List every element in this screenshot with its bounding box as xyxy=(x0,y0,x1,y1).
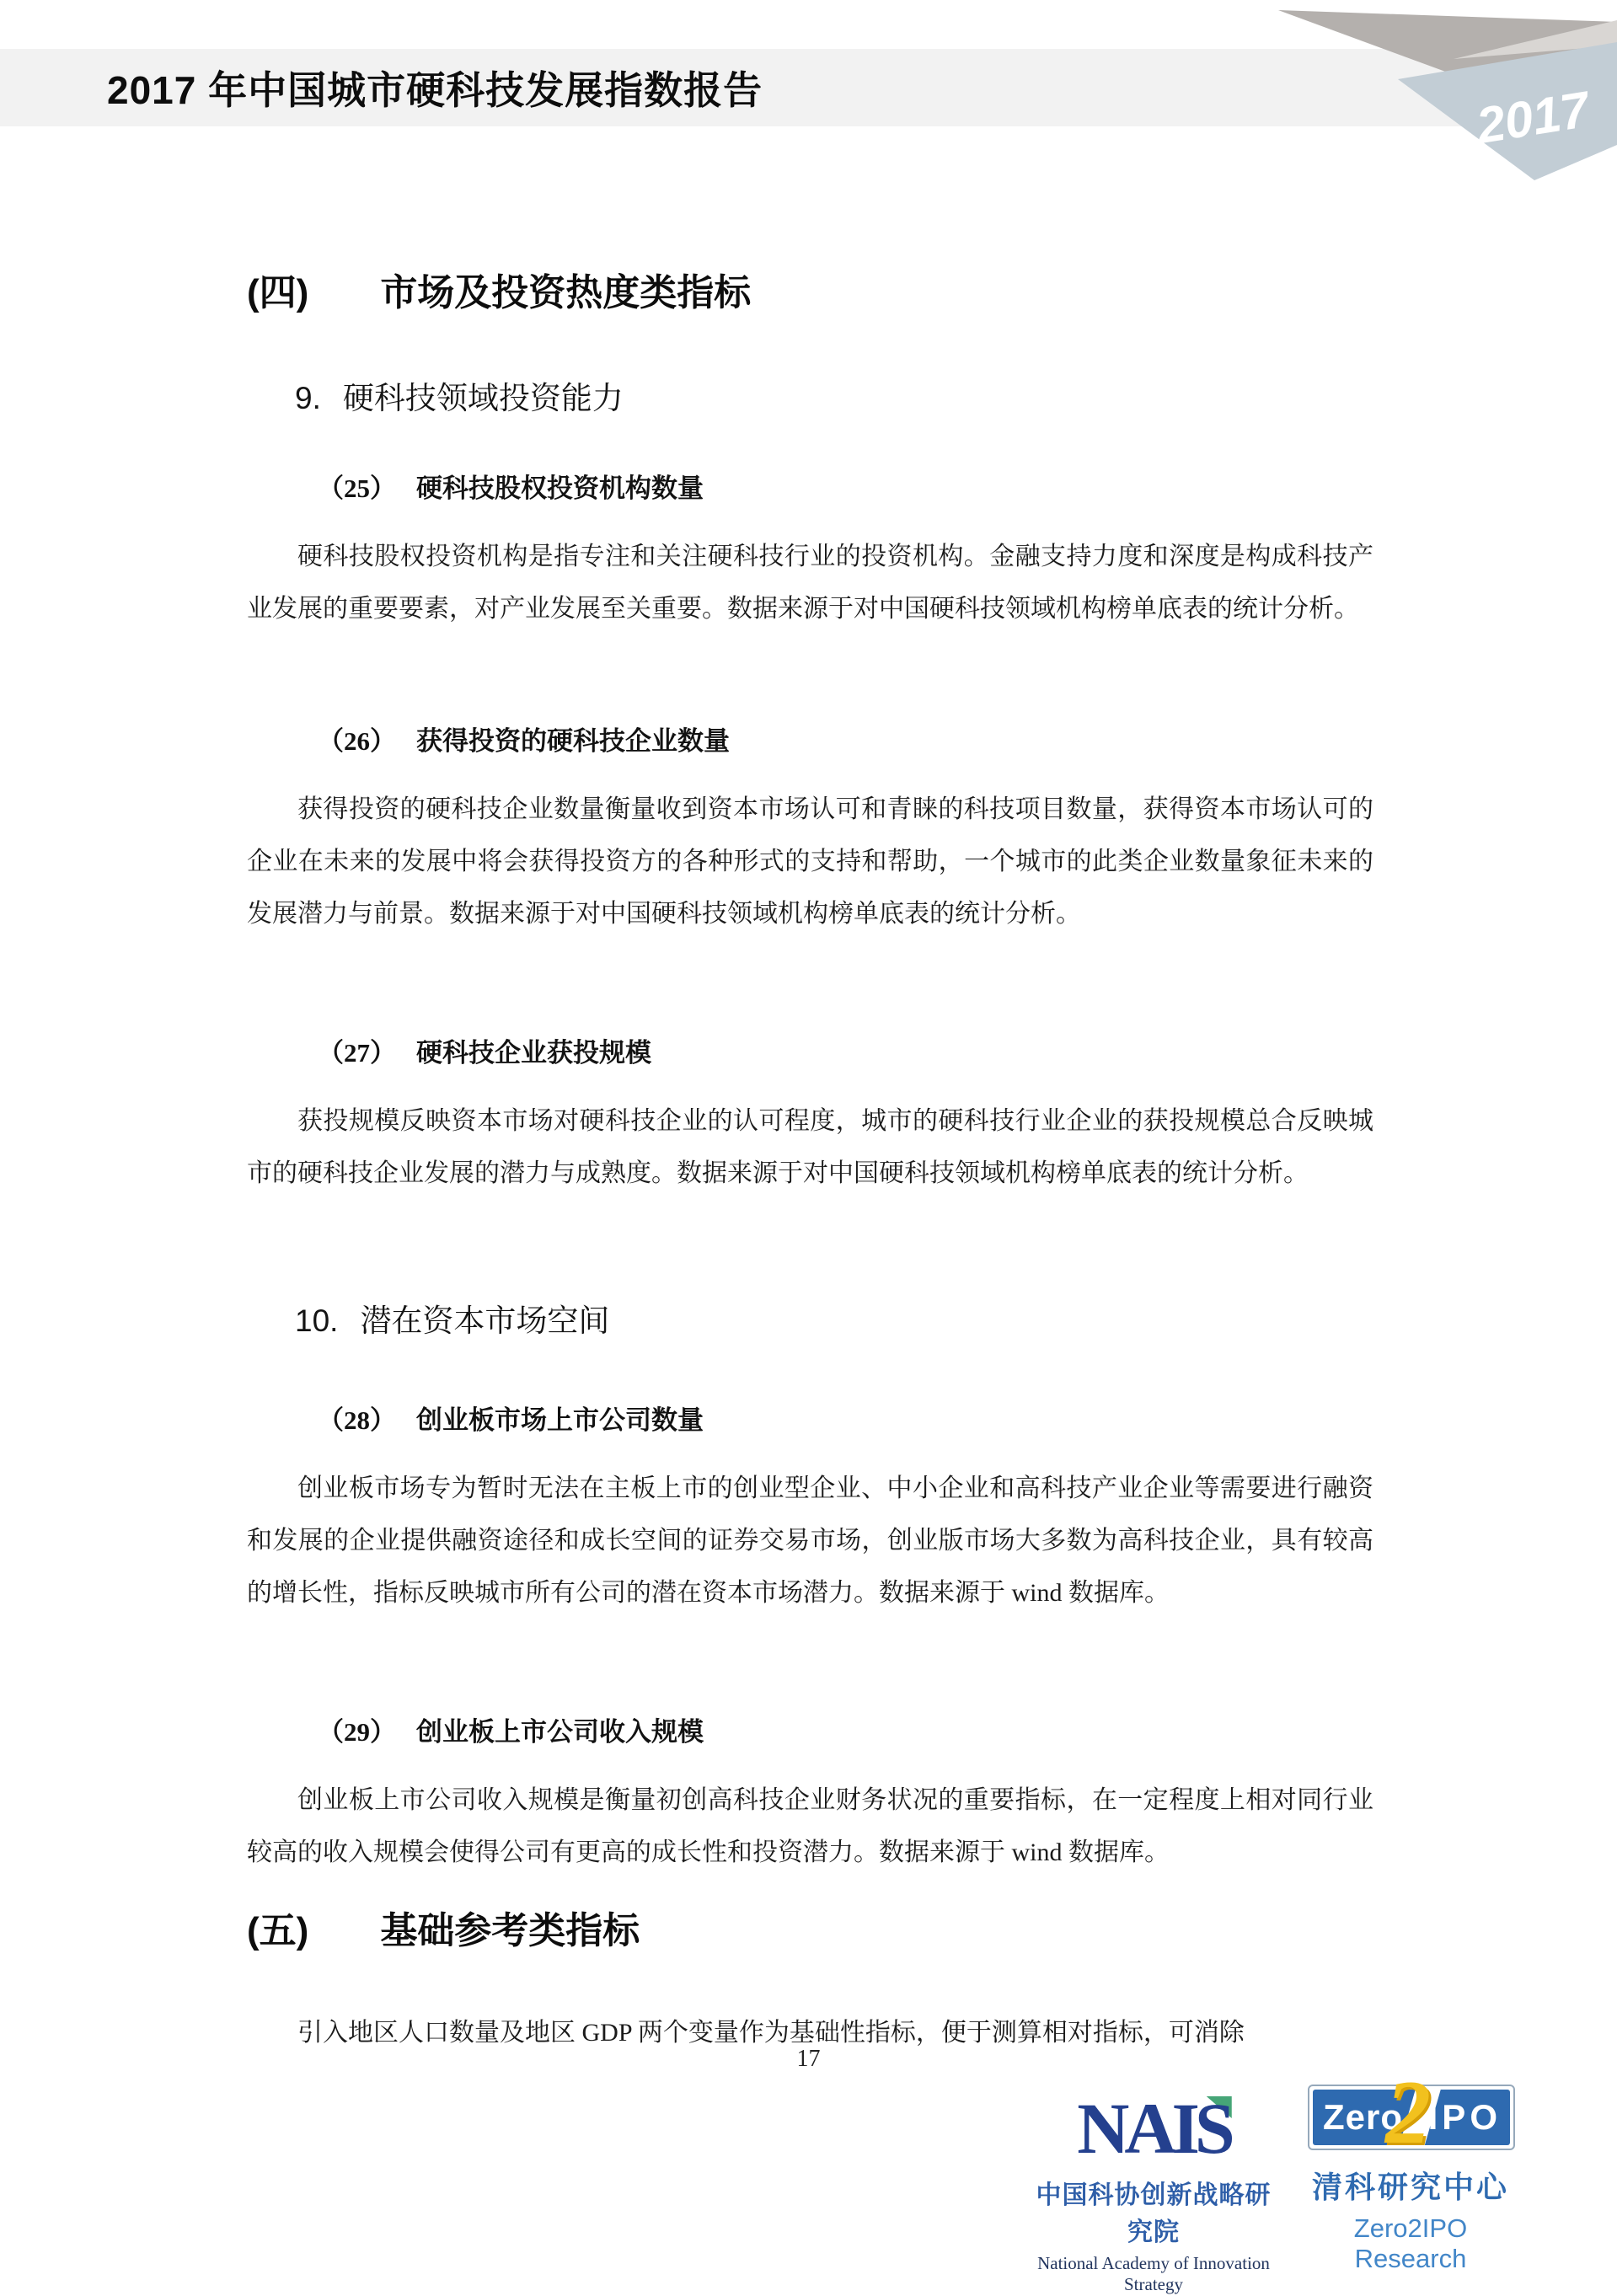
heading-9: 9.硬科技领域投资能力 xyxy=(247,379,1422,418)
indicator-26-number: （26） xyxy=(318,726,396,756)
nais-wordmark: NAIS xyxy=(1077,2095,1230,2162)
paragraph-indicator-29: 创业板上市公司收入规模是衡量初创高科技企业财务状况的重要指标，在一定程度上相对同… xyxy=(247,1774,1373,1879)
indicator-25-title: 硬科技股权投资机构数量 xyxy=(416,474,704,503)
indicator-26-title: 获得投资的硬科技企业数量 xyxy=(416,726,730,756)
zero2ipo-yellow-2: 2 xyxy=(1385,2068,1431,2159)
nais-wordmark-text: NAIS xyxy=(1077,2088,1230,2169)
heading-section-5-number: (五) xyxy=(247,1910,308,1951)
nais-chinese-name: 中国科协创新战略研究院 xyxy=(1026,2174,1281,2248)
paragraph-indicator-26: 获得投资的硬科技企业数量衡量收到资本市场认可和青睐的科技项目数量，获得资本市场认… xyxy=(247,784,1373,940)
heading-section-4-number: (四) xyxy=(247,272,308,313)
heading-section-5-title: 基础参考类指标 xyxy=(380,1910,640,1951)
heading-indicator-28: （28）创业板市场上市公司数量 xyxy=(247,1404,1444,1437)
heading-10-title: 潜在资本市场空间 xyxy=(360,1303,609,1338)
heading-indicator-27: （27）硬科技企业获投规模 xyxy=(247,1036,1444,1070)
indicator-25-number: （25） xyxy=(318,474,396,503)
corner-2017-graphic: 2017 xyxy=(1255,0,1617,190)
indicator-29-number: （29） xyxy=(318,1717,396,1747)
heading-indicator-29: （29）创业板上市公司收入规模 xyxy=(247,1715,1444,1749)
heading-section-4-title: 市场及投资热度类指标 xyxy=(380,272,751,313)
report-page: 2017 年中国城市硬科技发展指数报告 2017 (四)市场及投资热度类指标 9… xyxy=(0,0,1617,2296)
heading-section-5: (五)基础参考类指标 xyxy=(247,1909,1373,1953)
page-number: 17 xyxy=(0,2046,1617,2073)
nais-logo: NAIS 中国科协创新战略研究院 National Academy of Inn… xyxy=(1026,2095,1281,2295)
heading-section-4: (四)市场及投资热度类指标 xyxy=(247,271,1373,315)
heading-9-title: 硬科技领域投资能力 xyxy=(343,381,624,415)
zero2ipo-emblem: Zero IPO 2 xyxy=(1308,2079,1513,2150)
heading-10-number: 10. xyxy=(295,1303,338,1338)
report-title: 2017 年中国城市硬科技发展指数报告 xyxy=(107,49,763,126)
zero2ipo-chinese-name: 清科研究中心 xyxy=(1304,2164,1517,2207)
indicator-29-title: 创业板上市公司收入规模 xyxy=(416,1717,704,1747)
nais-english-name: National Academy of Innovation Strategy xyxy=(1026,2253,1281,2295)
heading-9-number: 9. xyxy=(295,381,321,415)
paragraph-indicator-25: 硬科技股权投资机构是指专注和关注硬科技行业的投资机构。金融支持力度和深度是构成科… xyxy=(247,531,1373,635)
heading-10: 10.潜在资本市场空间 xyxy=(247,1302,1422,1341)
indicator-28-number: （28） xyxy=(318,1405,396,1435)
heading-indicator-26: （26）获得投资的硬科技企业数量 xyxy=(247,725,1444,758)
zero2ipo-logo: Zero IPO 2 清科研究中心 Zero2IPO Research xyxy=(1304,2079,1517,2274)
paragraph-indicator-28: 创业板市场专为暂时无法在主板上市的创业型企业、中小企业和高科技产业企业等需要进行… xyxy=(247,1463,1373,1619)
zero2ipo-word-ipo: IPO xyxy=(1428,2097,1502,2138)
paragraph-indicator-27: 获投规模反映资本市场对硬科技企业的认可程度，城市的硬科技行业企业的获投规模总合反… xyxy=(247,1095,1373,1200)
zero2ipo-english-name: Zero2IPO Research xyxy=(1304,2213,1517,2274)
indicator-27-number: （27） xyxy=(318,1038,396,1068)
indicator-28-title: 创业板市场上市公司数量 xyxy=(416,1405,704,1435)
indicator-27-title: 硬科技企业获投规模 xyxy=(416,1038,651,1068)
heading-indicator-25: （25）硬科技股权投资机构数量 xyxy=(247,472,1444,506)
